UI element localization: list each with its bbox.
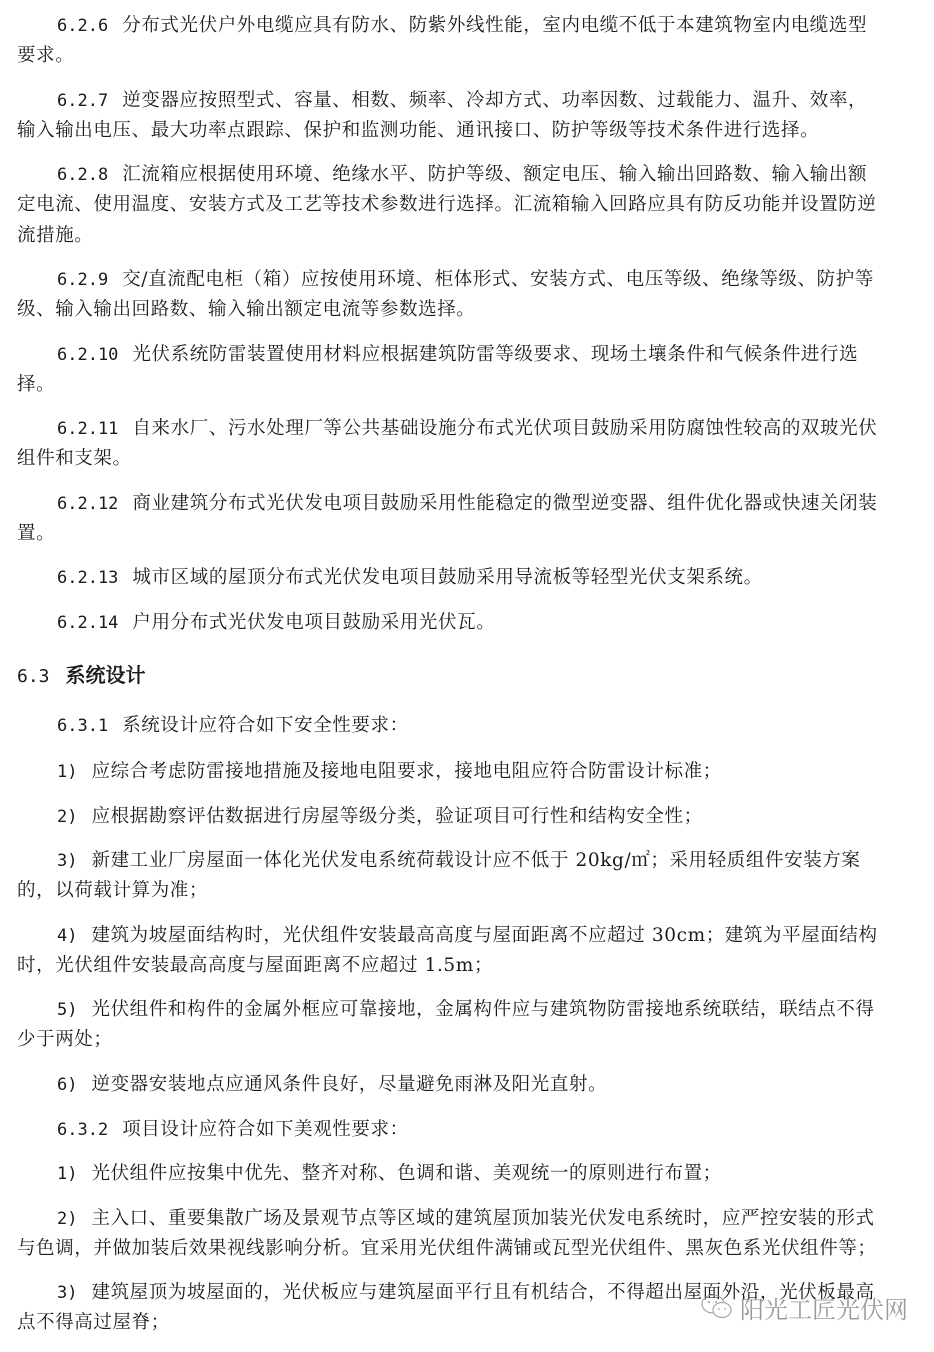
clause-number: 6.3.1 — [57, 716, 108, 736]
clause-6-2-9-cont: 级、输入输出回路数、输入输出额定电流等参数选择。 — [17, 295, 909, 325]
item-text: 应根据勘察评估数据进行房屋等级分类，验证项目可行性和结构安全性； — [91, 806, 702, 827]
item-text: 建筑为坡屋面结构时，光伏组件安装最高高度与屋面距离不应超过 30cm；建筑为平屋… — [91, 925, 877, 946]
clause-6-2-12-cont: 置。 — [17, 519, 909, 549]
list-item-6-3-1-1: 1)应综合考虑防雷接地措施及接地电阻要求，接地电阻应符合防雷设计标准； — [57, 757, 909, 787]
clause-text: 商业建筑分布式光伏发电项目鼓励采用性能稳定的微型逆变器、组件优化器或快速关闭装 — [132, 493, 877, 514]
clause-6-2-9: 6.2.9交/直流配电柜（箱）应按使用环境、柜体形式、安装方式、电压等级、绝缘等… — [57, 265, 909, 295]
item-number: 5) — [57, 1000, 77, 1020]
clause-text: 分布式光伏户外电缆应具有防水、防紫外线性能，室内电缆不低于本建筑物室内电缆选型 — [122, 15, 867, 36]
clause-number: 6.2.12 — [57, 494, 118, 514]
section-heading: 6.3系统设计 — [17, 660, 146, 692]
item-number: 4) — [57, 926, 77, 946]
clause-number: 6.2.9 — [57, 270, 108, 290]
item-text: 新建工业厂房屋面一体化光伏发电系统荷载设计应不低于 20kg/㎡；采用轻质组件安… — [91, 850, 860, 871]
list-item-6-3-1-3-cont: 的，以荷载计算为准； — [17, 876, 909, 906]
clause-text: 光伏系统防雷装置使用材料应根据建筑防雷等级要求、现场土壤条件和气候条件进行选 — [132, 344, 858, 365]
list-item-6-3-1-3: 3)新建工业厂房屋面一体化光伏发电系统荷载设计应不低于 20kg/㎡；采用轻质组… — [57, 846, 909, 876]
watermark-text: 阳光工匠光伏网 — [740, 1290, 908, 1325]
clause-6-2-7-cont: 输入输出电压、最大功率点跟踪、保护和监测功能、通讯接口、防护等级等技术条件进行选… — [17, 116, 909, 146]
list-item-6-3-1-5-cont: 少于两处； — [17, 1025, 909, 1055]
item-number: 2) — [57, 807, 77, 827]
clause-6-2-13: 6.2.13城市区域的屋顶分布式光伏发电项目鼓励采用导流板等轻型光伏支架系统。 — [57, 563, 909, 593]
clause-6-2-12: 6.2.12商业建筑分布式光伏发电项目鼓励采用性能稳定的微型逆变器、组件优化器或… — [57, 489, 909, 519]
clause-6-2-14: 6.2.14户用分布式光伏发电项目鼓励采用光伏瓦。 — [57, 608, 909, 638]
clause-number: 6.2.11 — [57, 419, 118, 439]
clause-number: 6.2.6 — [57, 16, 108, 36]
list-item-6-3-1-6: 6)逆变器安装地点应通风条件良好，尽量避免雨淋及阳光直射。 — [57, 1070, 909, 1100]
clause-number: 6.2.13 — [57, 568, 118, 588]
clause-text: 交/直流配电柜（箱）应按使用环境、柜体形式、安装方式、电压等级、绝缘等级、防护等 — [122, 269, 874, 290]
section-number: 6.3 — [17, 666, 50, 687]
clause-number: 6.2.14 — [57, 613, 118, 633]
clause-6-2-8-cont2: 流措施。 — [17, 221, 909, 251]
item-number: 3) — [57, 851, 77, 871]
clause-6-2-7: 6.2.7逆变器应按照型式、容量、相数、频率、冷却方式、功率因数、过载能力、温升… — [57, 86, 909, 116]
item-text: 光伏组件应按集中优先、整齐对称、色调和谐、美观统一的原则进行布置； — [91, 1163, 721, 1184]
item-number: 6) — [57, 1075, 77, 1095]
wechat-icon — [700, 1292, 734, 1322]
item-number: 2) — [57, 1209, 77, 1229]
clause-number: 6.2.8 — [57, 165, 108, 185]
clause-6-3-1: 6.3.1系统设计应符合如下安全性要求： — [57, 711, 909, 741]
list-item-6-3-1-5: 5)光伏组件和构件的金属外框应可靠接地，金属构件应与建筑物防雷接地系统联结，联结… — [57, 995, 909, 1025]
watermark: 阳光工匠光伏网 — [700, 1289, 908, 1325]
item-number: 1) — [57, 1164, 77, 1184]
clause-text: 自来水厂、污水处理厂等公共基础设施分布式光伏项目鼓励采用防腐蚀性较高的双玻光伏 — [132, 418, 877, 439]
list-item-6-3-1-2: 2)应根据勘察评估数据进行房屋等级分类，验证项目可行性和结构安全性； — [57, 802, 909, 832]
clause-text: 汇流箱应根据使用环境、绝缘水平、防护等级、额定电压、输入输出回路数、输入输出额 — [122, 164, 867, 185]
list-item-6-3-2-1: 1)光伏组件应按集中优先、整齐对称、色调和谐、美观统一的原则进行布置； — [57, 1159, 909, 1189]
clause-6-2-11: 6.2.11自来水厂、污水处理厂等公共基础设施分布式光伏项目鼓励采用防腐蚀性较高… — [57, 414, 909, 444]
section-title: 系统设计 — [66, 663, 146, 687]
clause-6-2-10: 6.2.10光伏系统防雷装置使用材料应根据建筑防雷等级要求、现场土壤条件和气候条… — [57, 340, 909, 370]
list-item-6-3-2-2-cont: 与色调，并做加装后效果视线影响分析。宜采用光伏组件满铺或瓦型光伏组件、黑灰色系光… — [17, 1234, 909, 1264]
clause-6-2-11-cont: 组件和支架。 — [17, 444, 909, 474]
clause-text: 系统设计应符合如下安全性要求： — [122, 715, 409, 736]
clause-6-3-2: 6.3.2项目设计应符合如下美观性要求： — [57, 1115, 909, 1145]
clause-number: 6.2.10 — [57, 345, 118, 365]
clause-number: 6.2.7 — [57, 91, 108, 111]
item-text: 光伏组件和构件的金属外框应可靠接地，金属构件应与建筑物防雷接地系统联结，联结点不… — [91, 999, 874, 1020]
clause-text: 项目设计应符合如下美观性要求： — [122, 1119, 409, 1140]
clause-number: 6.3.2 — [57, 1120, 108, 1140]
item-text: 主入口、重要集散广场及景观节点等区域的建筑屋顶加装光伏发电系统时，应严控安装的形… — [91, 1208, 874, 1229]
item-text: 应综合考虑防雷接地措施及接地电阻要求，接地电阻应符合防雷设计标准； — [91, 761, 721, 782]
item-number: 1) — [57, 762, 77, 782]
clause-6-2-6-cont: 要求。 — [17, 41, 909, 71]
list-item-6-3-1-4: 4)建筑为坡屋面结构时，光伏组件安装最高高度与屋面距离不应超过 30cm；建筑为… — [57, 921, 909, 951]
clause-text: 城市区域的屋顶分布式光伏发电项目鼓励采用导流板等轻型光伏支架系统。 — [132, 567, 762, 588]
clause-6-2-8: 6.2.8汇流箱应根据使用环境、绝缘水平、防护等级、额定电压、输入输出回路数、输… — [57, 160, 909, 190]
clause-text: 户用分布式光伏发电项目鼓励采用光伏瓦。 — [132, 612, 495, 633]
item-number: 3) — [57, 1283, 77, 1303]
clause-text: 逆变器应按照型式、容量、相数、频率、冷却方式、功率因数、过载能力、温升、效率， — [122, 90, 867, 111]
clause-6-2-8-cont1: 定电流、使用温度、安装方式及工艺等技术参数进行选择。汇流箱输入回路应具有防反功能… — [17, 190, 909, 220]
list-item-6-3-2-2: 2)主入口、重要集散广场及景观节点等区域的建筑屋顶加装光伏发电系统时，应严控安装… — [57, 1204, 909, 1234]
clause-6-2-6: 6.2.6分布式光伏户外电缆应具有防水、防紫外线性能，室内电缆不低于本建筑物室内… — [57, 11, 909, 41]
item-text: 逆变器安装地点应通风条件良好，尽量避免雨淋及阳光直射。 — [91, 1074, 607, 1095]
list-item-6-3-1-4-cont: 时，光伏组件安装最高高度与屋面距离不应超过 1.5m； — [17, 951, 909, 981]
clause-6-2-10-cont: 择。 — [17, 370, 909, 400]
